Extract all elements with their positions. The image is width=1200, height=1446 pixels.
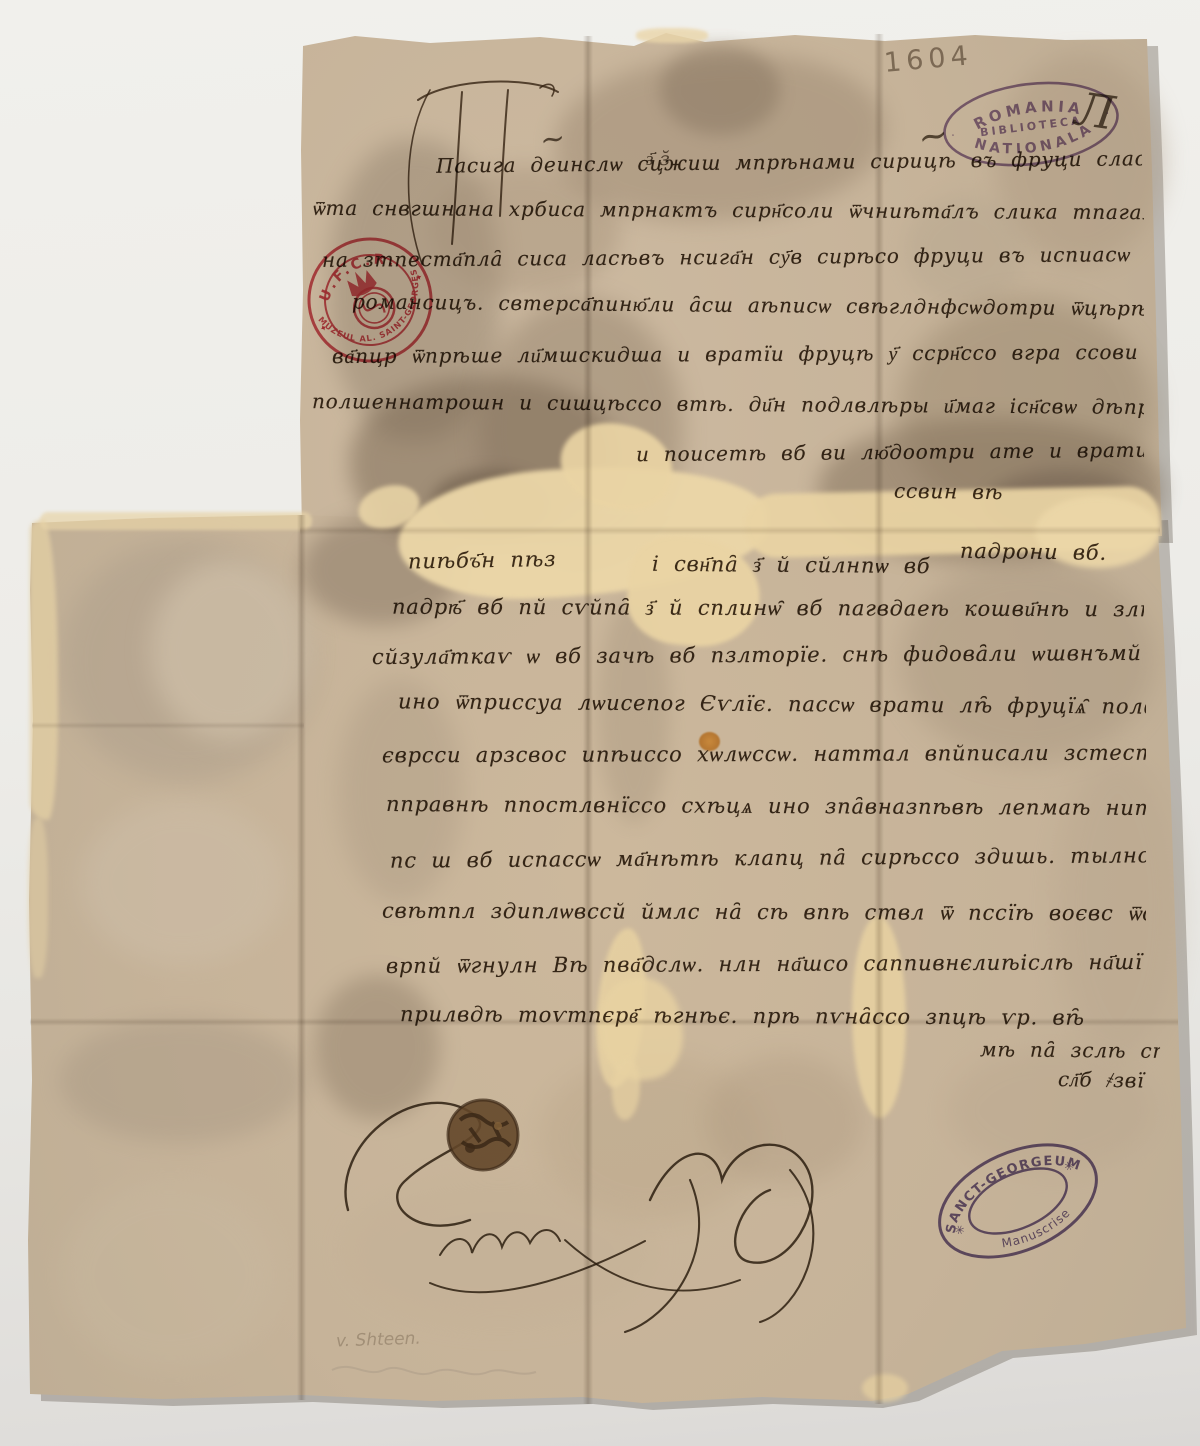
- tear-damage: [354, 479, 425, 536]
- paper-stain: [636, 28, 708, 43]
- handwritten-line: сл҃б ҂звї: [1058, 1067, 1168, 1094]
- paper-stain: [660, 45, 780, 135]
- paper-stain: [430, 470, 550, 540]
- handwritten-line: ссвин вѣ: [894, 479, 1094, 506]
- fold-crease: [300, 526, 1160, 535]
- handwritten-line: і свн҃па̑ з҃ й сйлнпѡ вб: [652, 552, 952, 580]
- paper-stain: [28, 818, 48, 978]
- paper-stain: [478, 298, 683, 563]
- handwritten-line: и поисетѣ вб ви лю҃доотри ате и вратин с…: [636, 438, 1144, 467]
- handwritten-line: ѿта снвгшнана хрбиса мпрнактъ сирн҃соли …: [312, 196, 1144, 225]
- paper-stain: [60, 538, 315, 783]
- photo-of-manuscript: Пасига деинслѡ сцжиш мпрѣнами сирицѣ въ …: [0, 0, 1200, 1446]
- tear-damage: [862, 1374, 908, 1402]
- paper-stain: [60, 1018, 305, 1143]
- handwritten-line: врпй ѿгнулн Вѣ пва҃дслѡ. нлн на҃шсо сапп…: [386, 950, 1146, 979]
- handwritten-line: ва҃пцр ѿпрѣше ли҃мшскидша и вратїи фруцѣ…: [332, 340, 1144, 369]
- handwritten-line: свѣтпл здиплѡвссй ймлс на̑ сѣ впѣ ствл ѿ…: [382, 899, 1146, 927]
- stamp-dot-left: ·: [950, 126, 956, 141]
- pencil-squiggle: [328, 1356, 548, 1382]
- handwritten-mark: ~: [538, 120, 568, 158]
- signature-flourish: [320, 1050, 940, 1350]
- tear-damage: [623, 531, 766, 652]
- handwritten-mark: з҃ з̆: [646, 148, 670, 171]
- handwritten-line: ино ѿприссуа лѡисепог Єѵлїє. пассѡ врати…: [398, 689, 1146, 719]
- handwritten-line: пс ш вб испассѡ ма҃нѣтѣ клапц па̑ сирѣсс…: [390, 843, 1146, 873]
- wax-seal: [448, 1100, 518, 1170]
- paper-stain: [80, 800, 285, 965]
- paper-stain: [30, 520, 58, 820]
- stamp-dot-right: ·: [1104, 104, 1110, 119]
- paper-stain: [60, 1180, 280, 1370]
- stamp-star-left: ✳: [952, 1222, 967, 1239]
- handwritten-line: прилвдѣ тоѵтпєрв҃ ѣгнѣє. прѣ пѵна̑ссо зп…: [400, 1002, 1120, 1031]
- paper-stain: [40, 512, 312, 530]
- handwritten-line: мѣ па̑ зслѣ спѣ҃вѣ: [980, 1037, 1160, 1064]
- handwritten-line: сйзула҃ткаѵ ѡ вб зачѣ вб пзлторїе. снѣ ф…: [372, 641, 1144, 670]
- handwritten-line: єврсси арзсвос ипѣиссо хѡлѡссѡ. наттал в…: [382, 741, 1146, 769]
- fold-crease: [32, 722, 304, 729]
- handwritten-line: пправнѣ ппостлвнїссо схѣцѧ ино зпа̑вназп…: [386, 792, 1146, 821]
- tear-damage: [395, 458, 771, 605]
- fold-crease: [297, 515, 306, 1400]
- pencil-note: v. Shteen.: [336, 1329, 421, 1352]
- handwritten-line: падрѣ҃ вб пй сѵйпа̑ з҃ й сплинѡ̑ вб пагв…: [392, 595, 1144, 623]
- handwritten-line: пиѣбъ҃н пѣз: [408, 547, 578, 575]
- paper-stain: [150, 560, 310, 740]
- handwritten-line: падрони вб.: [960, 539, 1140, 566]
